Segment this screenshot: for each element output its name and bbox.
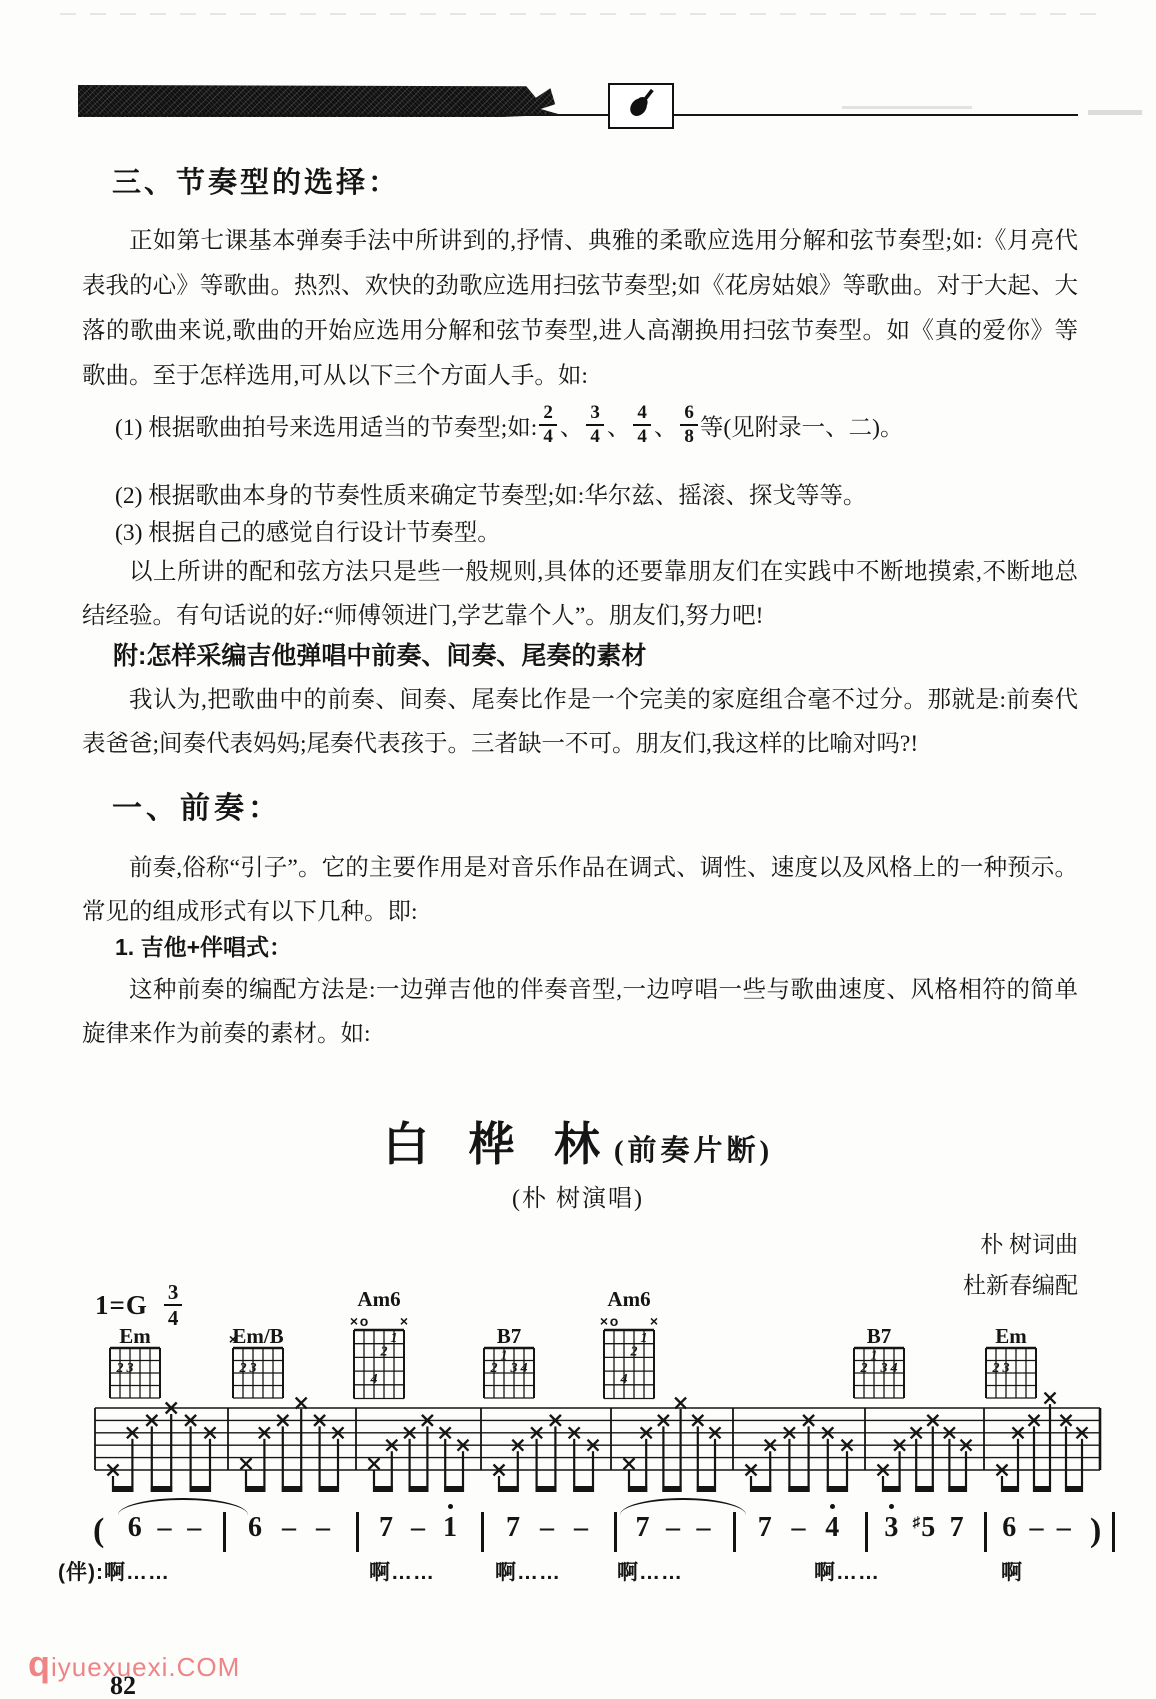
paragraph-summary: 以上所讲的配和弦方法只是些一般规则,具体的还要靠朋友们在实践中不断地摸索,不断地… xyxy=(82,550,1078,638)
item1-tail: 等(见附录一、二)。 xyxy=(700,408,904,442)
svg-text:3: 3 xyxy=(1002,1361,1010,1376)
svg-text:1: 1 xyxy=(391,1331,398,1346)
svg-text:1: 1 xyxy=(641,1331,648,1346)
jianpu-note: – xyxy=(187,1514,201,1542)
jianpu-note: 6 xyxy=(128,1514,142,1542)
guitar-icon xyxy=(619,88,663,125)
lyric-syllable: 啊…… xyxy=(369,1556,435,1586)
scan-artifact-line xyxy=(60,13,1100,15)
jianpu-measure: 6–– xyxy=(989,1514,1084,1548)
jianpu-measure: 3♯57 xyxy=(870,1514,978,1548)
rhythm-item-1: (1) 根据歌曲拍号来选用适当的节奏型;如: 24 、 34 、 44 、 68… xyxy=(115,396,904,454)
jianpu-note: 4 xyxy=(825,1514,839,1542)
svg-text:Em: Em xyxy=(995,1324,1027,1348)
svg-text:4: 4 xyxy=(370,1372,378,1387)
header-fuzz xyxy=(842,106,972,109)
jianpu-note: – xyxy=(574,1514,588,1542)
jianpu-barline xyxy=(865,1512,868,1552)
watermark-text: iyuexuexi.COM xyxy=(51,1652,240,1682)
header-bar xyxy=(78,85,560,117)
jianpu-measure: 7–– xyxy=(619,1514,727,1548)
jianpu-barline xyxy=(356,1512,359,1552)
chord-diagram-Am6: Am6×o×124 xyxy=(594,1290,666,1404)
song-title-main: 白 桦 林 xyxy=(383,1119,614,1170)
svg-text:B7: B7 xyxy=(497,1324,522,1348)
jianpu-note: – xyxy=(697,1514,711,1542)
svg-text:2: 2 xyxy=(490,1361,498,1376)
lyric-syllable: 啊…… xyxy=(617,1556,683,1586)
jianpu-measure: 6–– xyxy=(112,1514,217,1548)
jianpu-note: 7 xyxy=(379,1514,393,1542)
header-rule xyxy=(78,114,1078,116)
jianpu-note: – xyxy=(158,1514,172,1542)
jianpu-note: 6 xyxy=(1002,1514,1016,1542)
svg-text:Am6: Am6 xyxy=(607,1290,650,1311)
jianpu-note: – xyxy=(1030,1514,1044,1542)
jianpu-note: 7 xyxy=(636,1514,650,1542)
fraction-3-4: 34 xyxy=(586,402,604,448)
jianpu-measure: 7–4 xyxy=(738,1514,859,1548)
watermark-initial: q xyxy=(28,1643,51,1684)
svg-text:×: × xyxy=(400,1313,408,1329)
fraction-2-4: 24 xyxy=(539,402,557,448)
jianpu-note: 7 xyxy=(950,1514,964,1542)
svg-text:Am6: Am6 xyxy=(357,1290,400,1311)
jianpu-open-paren: ( xyxy=(93,1512,104,1550)
song-credits: 朴 树词曲 杜新春编配 xyxy=(800,1224,1078,1306)
lyric-syllable: 啊…… xyxy=(814,1556,880,1586)
section-heading-rhythm-choice: 三、节奏型的选择： xyxy=(112,160,400,201)
jianpu-note: 7 xyxy=(506,1514,520,1542)
lyric-syllable: 啊 xyxy=(1001,1556,1023,1586)
jianpu-note: 1 xyxy=(443,1514,457,1542)
svg-text:×: × xyxy=(350,1313,358,1329)
tie-slur-arc xyxy=(118,1498,248,1515)
header-icon-box xyxy=(608,83,674,129)
key-label: 1=G xyxy=(95,1290,148,1321)
jianpu-measure: 6–– xyxy=(228,1514,350,1548)
svg-text:4: 4 xyxy=(890,1361,898,1376)
svg-text:3: 3 xyxy=(126,1361,134,1376)
jianpu-note: 3 xyxy=(884,1514,898,1542)
jianpu-note: – xyxy=(282,1514,296,1542)
svg-text:×: × xyxy=(229,1331,237,1347)
jianpu-note: – xyxy=(411,1514,425,1542)
key-signature: 1=G 34 xyxy=(95,1280,184,1330)
jianpu-final-barline xyxy=(1112,1512,1115,1552)
song-performer: (朴 树演唱) xyxy=(0,1178,1156,1213)
chord-diagram-Am6: Am6×o×124 xyxy=(344,1290,416,1404)
jianpu-barline xyxy=(481,1512,484,1552)
paragraph-rhythm-intro: 正如第七课基本弹奏手法中所讲到的,抒情、典雅的柔歌应选用分解和弦节奏型;如:《月… xyxy=(82,219,1078,399)
jianpu-barline xyxy=(984,1512,987,1552)
jianpu-barline xyxy=(223,1512,226,1552)
lyric-syllable: 啊…… xyxy=(495,1556,561,1586)
chord-diagram-B7: B71234 xyxy=(474,1290,546,1404)
jianpu-note: – xyxy=(792,1514,806,1542)
svg-text:2: 2 xyxy=(630,1345,638,1360)
song-title-subtitle: (前奏片断) xyxy=(614,1135,773,1167)
jianpu-note: – xyxy=(540,1514,554,1542)
svg-text:×: × xyxy=(650,1313,658,1329)
svg-text:B7: B7 xyxy=(867,1324,892,1348)
chord-diagram-Em-B: Em/B×23 xyxy=(223,1290,295,1404)
rhythm-item-3: (3) 根据自己的感觉自行设计节奏型。 xyxy=(115,513,501,547)
credit-arranger: 杜新春编配 xyxy=(800,1265,1078,1306)
jianpu-barline xyxy=(614,1512,617,1552)
lyric-syllable: (伴):啊…… xyxy=(58,1556,170,1586)
jianpu-barline xyxy=(733,1512,736,1552)
time-signature: 34 xyxy=(164,1280,183,1330)
svg-text:2: 2 xyxy=(380,1345,388,1360)
subheading-guitar-vocal: 1. 吉他+伴唱式： xyxy=(115,929,292,962)
jianpu-close-paren: ) xyxy=(1090,1512,1101,1550)
svg-text:o: o xyxy=(610,1313,619,1329)
jianpu-note: ♯5 xyxy=(913,1514,936,1542)
rhythm-item-2: (2) 根据歌曲本身的节奏性质来确定节奏型;如:华尔兹、摇滚、探戈等等。 xyxy=(115,476,866,510)
svg-text:2: 2 xyxy=(239,1361,247,1376)
svg-text:3: 3 xyxy=(249,1361,257,1376)
svg-text:2: 2 xyxy=(116,1361,124,1376)
page: 三、节奏型的选择： 正如第七课基本弹奏手法中所讲到的,抒情、典雅的柔歌应选用分解… xyxy=(0,0,1156,1699)
fraction-6-8: 68 xyxy=(680,402,698,448)
jianpu-note: – xyxy=(316,1514,330,1542)
sharp-accidental: ♯ xyxy=(913,1515,921,1531)
paragraph-family-metaphor: 我认为,把歌曲中的前奏、间奏、尾奏比作是一个完美的家庭组合毫不过分。那就是:前奏… xyxy=(82,678,1078,766)
svg-text:3: 3 xyxy=(880,1361,888,1376)
appendix-heading: 附:怎样采编吉他弹唱中前奏、间奏、尾奏的素材 xyxy=(113,636,646,672)
header-fuzz-right xyxy=(1088,110,1142,115)
chord-diagram-Em: Em23 xyxy=(976,1290,1048,1404)
svg-text:×: × xyxy=(600,1313,608,1329)
svg-text:1: 1 xyxy=(501,1348,508,1363)
paragraph-method: 这种前奏的编配方法是:一边弹吉他的伴奏音型,一边哼唱一些与歌曲速度、风格相符的简… xyxy=(82,968,1078,1056)
fraction-4-4: 44 xyxy=(633,402,651,448)
item1-text: (1) 根据歌曲拍号来选用适当的节奏型;如: xyxy=(115,408,537,442)
svg-text:2: 2 xyxy=(860,1361,868,1376)
credit-writer: 朴 树词曲 xyxy=(800,1224,1078,1265)
section-heading-prelude: 一、前奏： xyxy=(112,783,282,827)
svg-text:2: 2 xyxy=(992,1361,1000,1376)
song-title: 白 桦 林(前奏片断) xyxy=(0,1108,1156,1174)
svg-text:4: 4 xyxy=(520,1361,528,1376)
page-number: 82 xyxy=(110,1671,136,1699)
jianpu-note: – xyxy=(1057,1514,1071,1542)
jianpu-note: – xyxy=(666,1514,680,1542)
jianpu-measure: 7–– xyxy=(486,1514,608,1548)
svg-text:4: 4 xyxy=(620,1372,628,1387)
svg-text:Em/B: Em/B xyxy=(232,1324,283,1348)
chord-diagram-B7: B71234 xyxy=(844,1290,916,1404)
svg-text:3: 3 xyxy=(510,1361,518,1376)
tie-slur-arc xyxy=(620,1498,746,1515)
jianpu-note: 7 xyxy=(758,1514,772,1542)
jianpu-note: 6 xyxy=(248,1514,262,1542)
jianpu-measure: 7–1 xyxy=(361,1514,475,1548)
svg-text:o: o xyxy=(360,1313,369,1329)
svg-text:1: 1 xyxy=(871,1348,878,1363)
paragraph-prelude-intro: 前奏,俗称“引子”。它的主要作用是对音乐作品在调式、调性、速度以及风格上的一种预… xyxy=(82,846,1078,934)
